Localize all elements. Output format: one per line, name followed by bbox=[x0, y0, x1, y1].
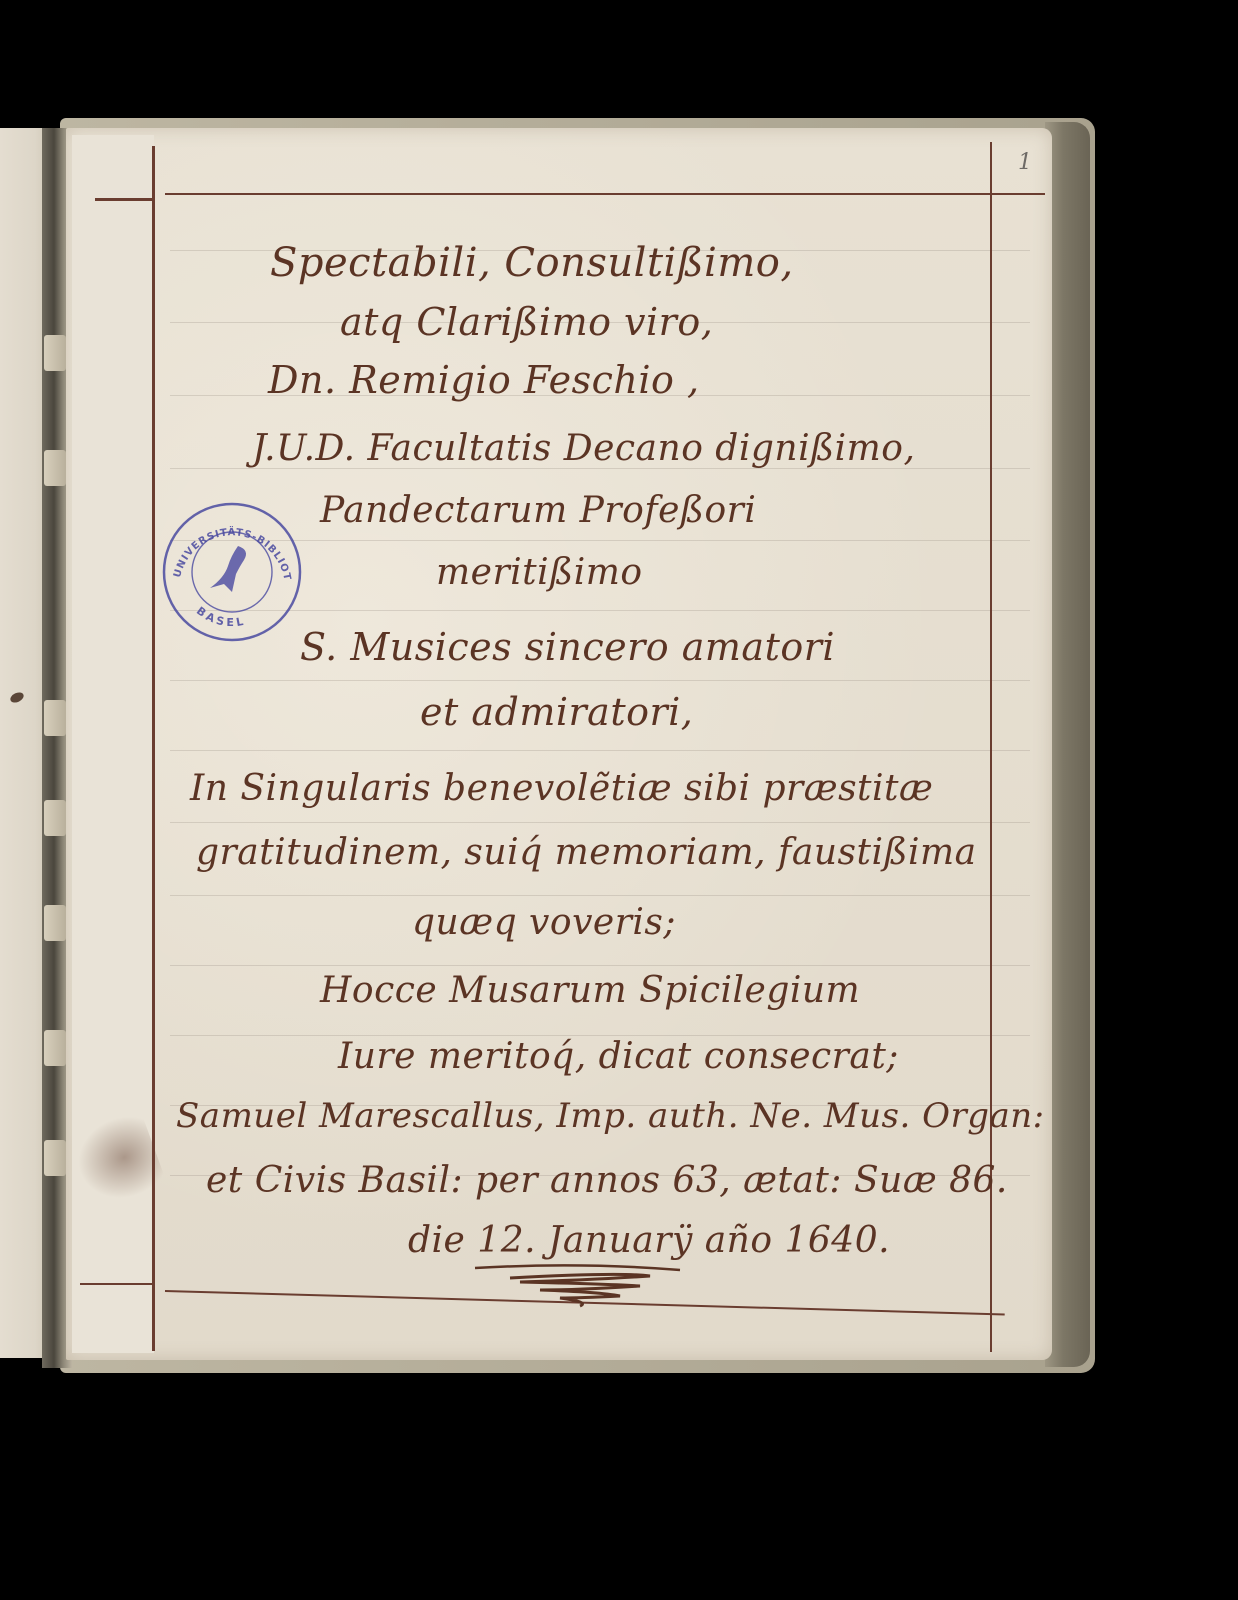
binding-thread bbox=[44, 450, 66, 486]
svg-text:BASEL: BASEL bbox=[194, 604, 247, 629]
dedication-line: Hocce Musarum Spicilegium bbox=[320, 970, 860, 1011]
binding-thread bbox=[44, 800, 66, 836]
manuscript-scan: 1 UNIVERSITÄTS-BIBLIOTHEK BASEL Spectabi… bbox=[0, 0, 1238, 1600]
dedication-line: gratitudinem, suiq́ memoriam, faustißima bbox=[196, 832, 977, 873]
dedication-line: meritißimo bbox=[436, 552, 643, 593]
folio-number: 1 bbox=[1018, 150, 1032, 175]
binding-thread bbox=[44, 905, 66, 941]
dedication-line: atq Clarißimo viro, bbox=[340, 300, 713, 344]
dedication-line: quæq voveris; bbox=[412, 902, 676, 943]
binding-thread bbox=[44, 700, 66, 736]
binding-thread bbox=[44, 335, 66, 371]
margin-rule-left bbox=[152, 146, 155, 1351]
ink-flourish-icon bbox=[470, 1262, 690, 1312]
dedication-line: Dn. Remigio Feschio , bbox=[268, 358, 700, 402]
ink-spot bbox=[9, 690, 25, 704]
dedication-line: In Singularis benevolẽtiæ sibi præstitæ bbox=[190, 768, 933, 809]
margin-rule-bottom-left bbox=[80, 1283, 154, 1285]
dedication-line: Iure meritoq́, dicat consecrat; bbox=[338, 1036, 899, 1077]
margin-rule-top-left bbox=[95, 198, 155, 201]
dedication-line: Spectabili, Consultißimo, bbox=[270, 240, 794, 286]
dedication-line: S. Musices sincero amatori bbox=[300, 625, 835, 669]
binding-thread bbox=[44, 1140, 66, 1176]
signature-line: Samuel Marescallus, Imp. auth. Ne. Mus. … bbox=[176, 1096, 1045, 1136]
date-line: die 12. Januarÿ año 1640. bbox=[408, 1220, 890, 1261]
faint-rule bbox=[170, 965, 1030, 966]
svg-text:UNIVERSITÄTS-BIBLIOTHEK: UNIVERSITÄTS-BIBLIOTHEK bbox=[160, 500, 293, 582]
library-stamp-icon: UNIVERSITÄTS-BIBLIOTHEK BASEL bbox=[160, 500, 305, 645]
signature-line: et Civis Basil: per annos 63, ætat: Suæ … bbox=[206, 1160, 1008, 1201]
binding-thread bbox=[44, 1030, 66, 1066]
faint-rule bbox=[170, 895, 1030, 896]
faint-rule bbox=[170, 822, 1030, 823]
dedication-line: Pandectarum Profeßori bbox=[320, 490, 756, 531]
margin-rule-top bbox=[165, 193, 1045, 195]
faint-rule bbox=[170, 750, 1030, 751]
faint-rule bbox=[170, 680, 1030, 681]
dedication-line: J.U.D. Facultatis Decano dignißimo, bbox=[252, 428, 915, 469]
dedication-line: et admiratori, bbox=[420, 690, 693, 734]
